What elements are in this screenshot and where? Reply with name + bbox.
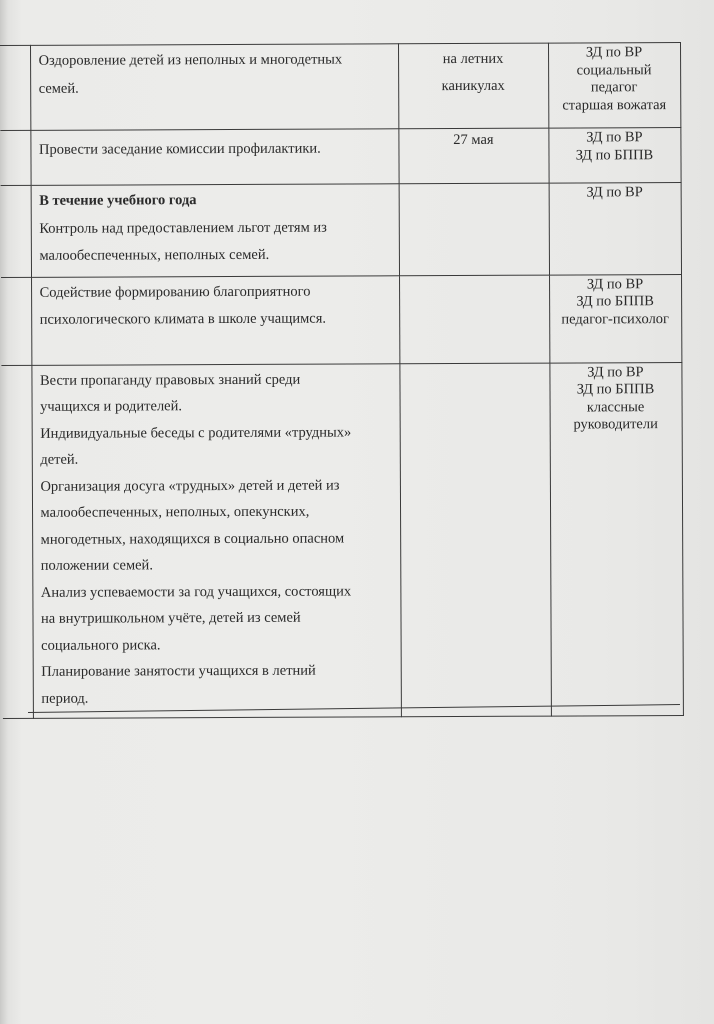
plan-table-wrapper: Оздоровление детей из неполных и многоде… — [0, 42, 683, 719]
activity-cell: Содействие формированию благоприятного п… — [31, 275, 399, 365]
responsible-cell: ЗД по ВР социальный педагог старшая вожа… — [548, 43, 680, 129]
activity-line: учащихся и родителей. — [40, 392, 393, 420]
row-margin-cell — [1, 365, 33, 719]
period-heading: В течение учебного года — [39, 186, 392, 215]
responsible-line: педагог — [549, 79, 680, 97]
responsible-line: ЗД по БППВ — [550, 293, 681, 311]
timing-cell — [399, 275, 549, 364]
row-margin-cell — [0, 45, 30, 130]
timing-cell — [399, 363, 551, 717]
activity-cell: Провести заседание комиссии профилактики… — [30, 129, 398, 186]
responsible-line: ЗД по ВР — [549, 44, 680, 62]
timing-line: 27 мая — [399, 131, 548, 150]
activity-line: семей. — [39, 74, 392, 103]
responsible-line: руководители — [550, 416, 681, 434]
activity-line: детей. — [40, 445, 393, 473]
responsible-cell: ЗД по ВР ЗД по БППВ — [548, 128, 680, 184]
responsible-line: ЗД по БППВ — [549, 147, 680, 165]
timing-cell — [399, 183, 549, 275]
responsible-line: ЗД по ВР — [549, 129, 680, 147]
activity-cell: Вести пропаганду правовых знаний среди у… — [31, 363, 401, 718]
activity-line: Оздоровление детей из неполных и многоде… — [39, 46, 392, 75]
activity-cell: В течение учебного года Контроль над пре… — [31, 184, 399, 277]
activity-line: многодетных, находящихся в социально опа… — [41, 525, 394, 553]
table-row: Содействие формированию благоприятного п… — [1, 274, 681, 365]
table-row: Вести пропаганду правовых знаний среди у… — [1, 362, 683, 718]
table-row: Провести заседание комиссии профилактики… — [0, 128, 680, 186]
activity-line: малообеспеченных, неполных, опекунских, — [40, 498, 393, 526]
activity-line: социального риска. — [41, 631, 394, 659]
table-row: Оздоровление детей из неполных и многоде… — [0, 43, 680, 131]
row-margin-cell — [1, 277, 31, 365]
responsible-line: ЗД по ВР — [550, 364, 681, 382]
activity-line: Индивидуальные беседы с родителями «труд… — [40, 419, 393, 447]
timing-line: каникулах — [399, 73, 548, 101]
responsible-line: ЗД по ВР — [549, 184, 680, 202]
activity-line: Планирование занятости учащихся в летний — [41, 657, 394, 685]
responsible-line: педагог-психолог — [550, 311, 681, 329]
activity-line: Организация досуга «трудных» детей и дет… — [40, 472, 393, 500]
responsible-line: ЗД по ВР — [550, 276, 681, 294]
activity-line: Вести пропаганду правовых знаний среди — [40, 366, 393, 394]
row-margin-cell — [1, 185, 31, 277]
responsible-line: ЗД по БППВ — [550, 381, 681, 399]
activity-line: малообеспеченных, неполных семей. — [39, 241, 392, 270]
responsible-cell: ЗД по ВР ЗД по БППВ классные руководител… — [549, 362, 683, 716]
row-margin-cell — [0, 130, 30, 185]
responsible-cell: ЗД по ВР — [549, 183, 681, 275]
activity-line: Контроль над предоставлением льгот детям… — [39, 214, 392, 243]
plan-table: Оздоровление детей из неполных и многоде… — [0, 42, 683, 719]
activity-line: Содействие формированию благоприятного — [40, 278, 393, 307]
activity-line: положении семей. — [41, 551, 394, 579]
responsible-line: социальный — [549, 62, 680, 80]
responsible-line: старшая вожатая — [549, 97, 680, 115]
plan-table-body: Оздоровление детей из неполных и многоде… — [0, 43, 683, 719]
timing-cell: на летних каникулах — [398, 43, 548, 129]
responsible-cell: ЗД по ВР ЗД по БППВ педагог-психолог — [549, 274, 681, 363]
activity-cell: Оздоровление детей из неполных и многоде… — [30, 44, 398, 131]
timing-line: на летних — [399, 46, 548, 74]
activity-line: психологического климата в школе учащимс… — [40, 305, 393, 334]
activity-line: Анализ успеваемости за год учащихся, сос… — [41, 578, 394, 606]
responsible-line: классные — [550, 399, 681, 417]
document-page: Оздоровление детей из неполных и многоде… — [0, 0, 714, 1024]
activity-line: Провести заседание комиссии профилактики… — [39, 135, 392, 164]
table-row: В течение учебного года Контроль над пре… — [1, 183, 681, 277]
activity-line: на внутришкольном учёте, детей из семей — [41, 604, 394, 632]
timing-cell: 27 мая — [398, 128, 548, 184]
